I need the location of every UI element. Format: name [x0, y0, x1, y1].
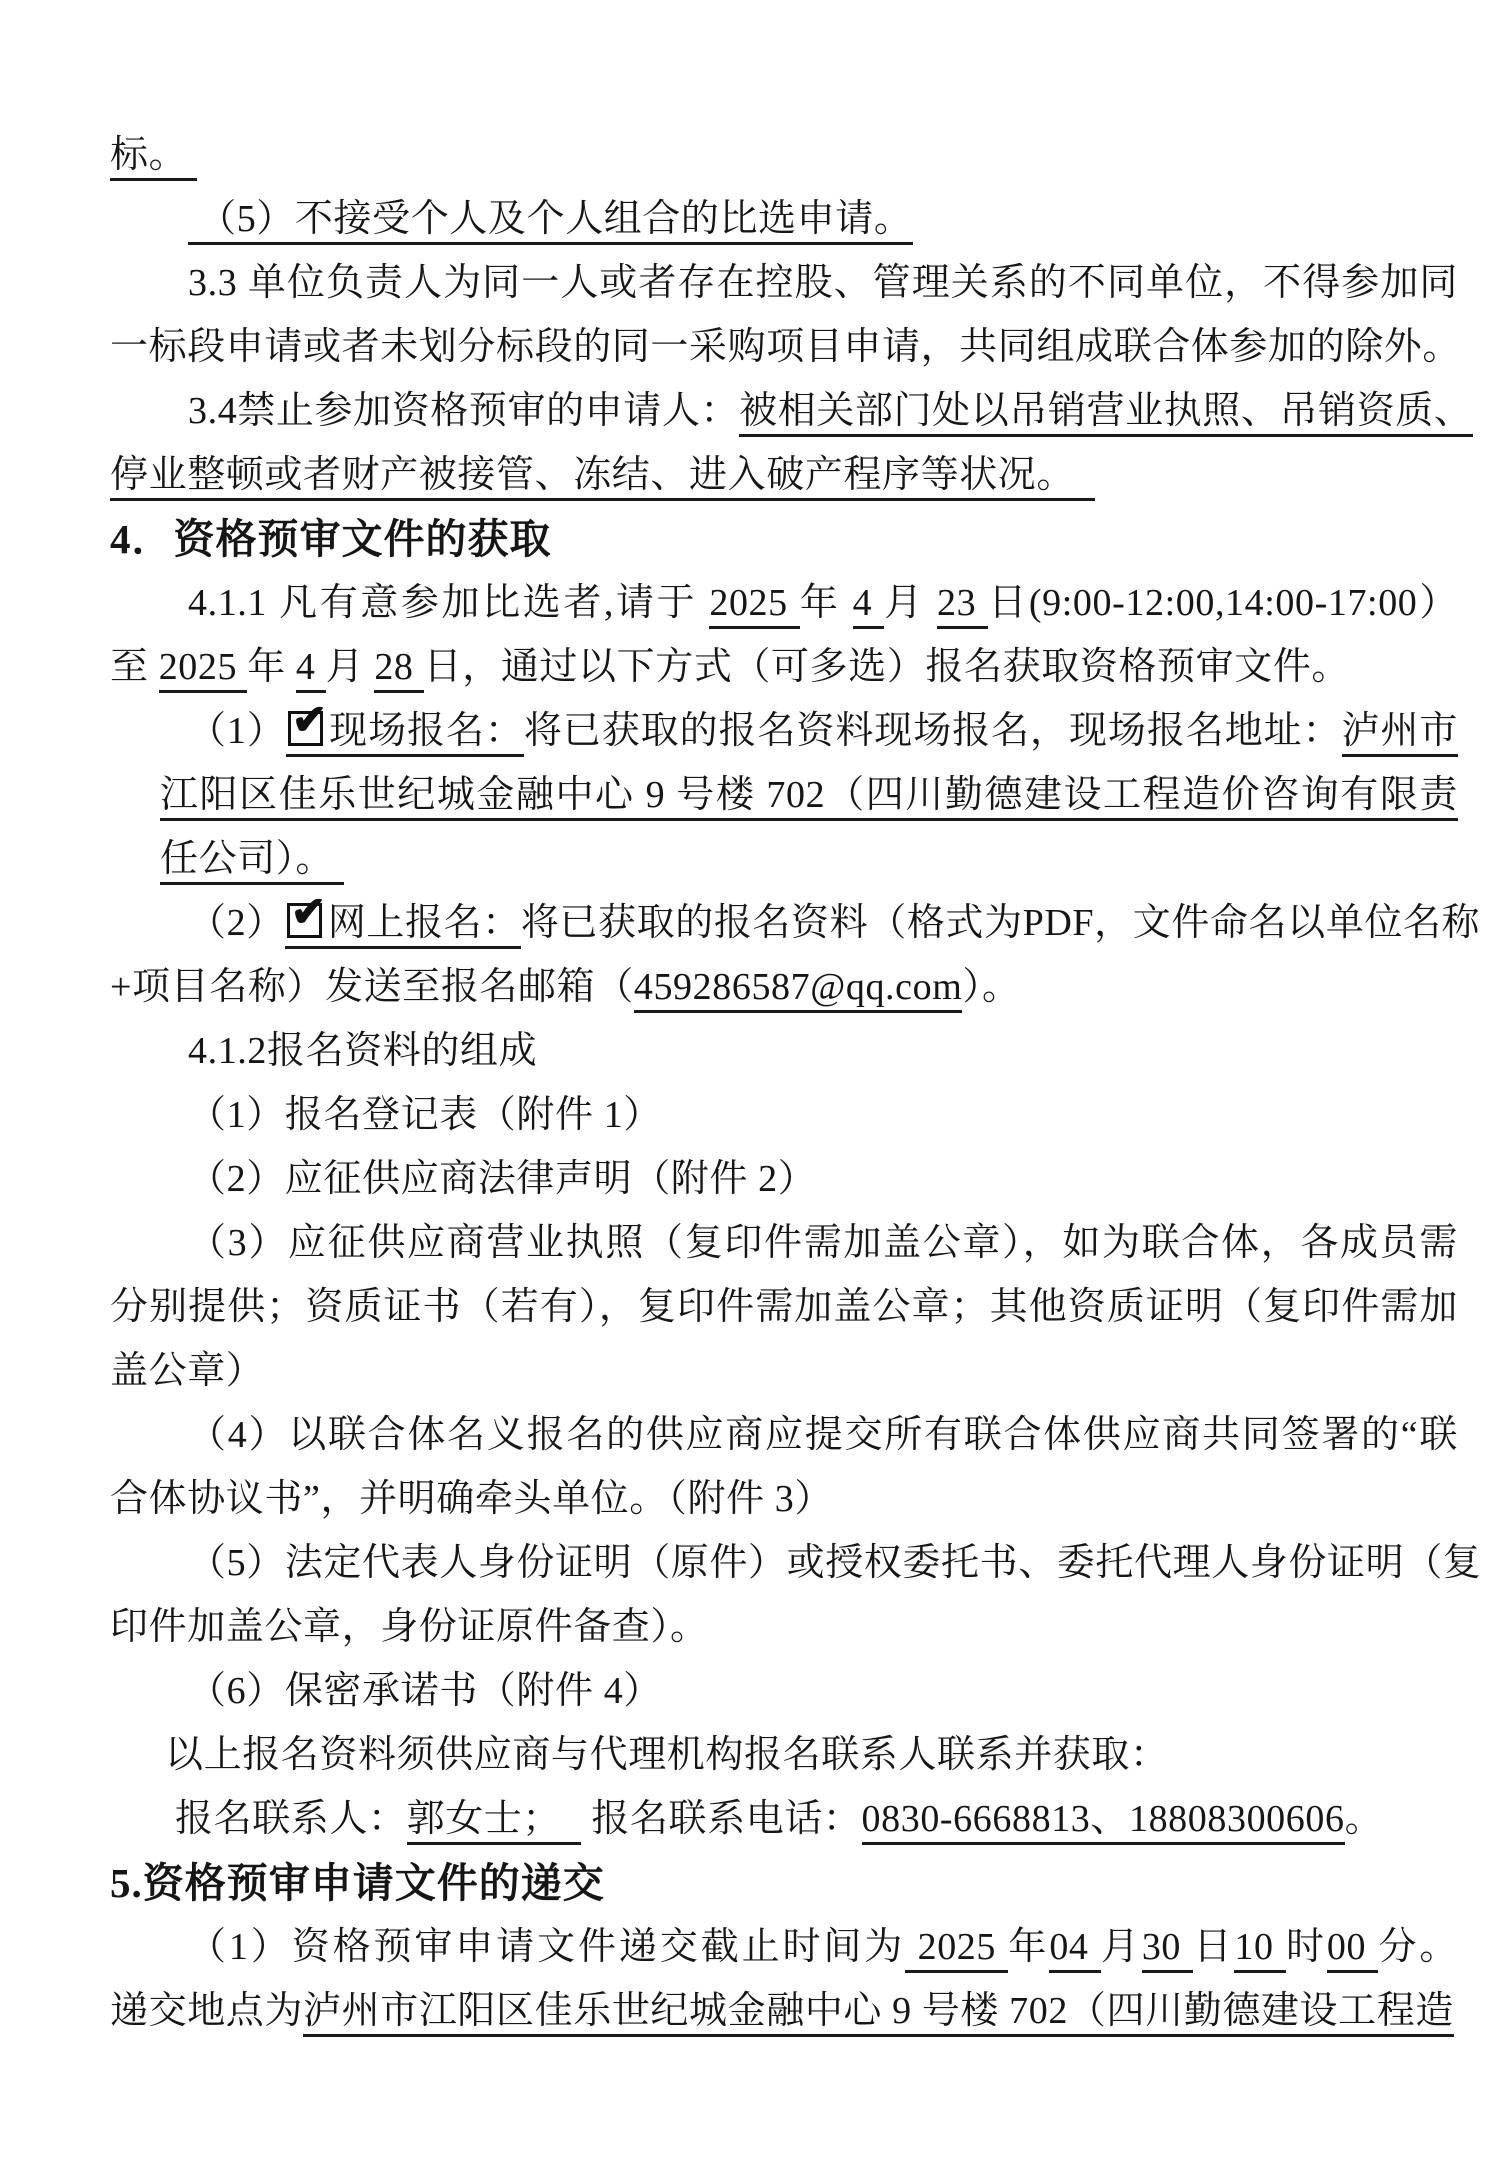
segment-text: 0830-6668813、18808300606 — [862, 1798, 1345, 1840]
underlined-text-segment: 泸州市 — [1342, 710, 1458, 757]
segment-text: 网上报名： — [328, 902, 521, 944]
document-line: （5）法定代表人身份证明（原件）或授权委托书、委托代理人身份证明（复 — [188, 1531, 1458, 1595]
text-segment: （6）保密承诺书（附件 4） — [188, 1670, 662, 1712]
underlined-text-segment: 2025 — [709, 582, 800, 629]
segment-text: 月 — [326, 646, 375, 688]
segment-text: 23 — [937, 582, 988, 624]
text-segment: 日 — [1193, 1926, 1234, 1968]
underlined-text-segment: 23 — [937, 582, 988, 629]
segment-text: 合体协议书”，并明确牵头单位。（附件 3） — [110, 1478, 833, 1520]
segment-text: 一标段申请或者未划分标段的同一采购项目申请，共同组成联合体参加的除外。 — [110, 326, 1461, 368]
section-heading-line: 4．资格预审文件的获取 — [110, 507, 1500, 571]
segment-text: 任公司）。 — [160, 838, 344, 880]
underlined-text-segment: 459286587@qq.com — [634, 966, 963, 1013]
segment-text: 至 — [110, 646, 159, 688]
segment-text: （4）以联合体名义报名的供应商应提交所有联合体供应商共同签署的“联 — [188, 1414, 1458, 1456]
segment-text: 月 — [884, 582, 937, 624]
document-line: 3.3 单位负责人为同一人或者存在控股、管理关系的不同单位，不得参加同 — [188, 251, 1458, 315]
document-line: 合体协议书”，并明确牵头单位。（附件 3） — [110, 1467, 1500, 1531]
text-segment: 报名联系人： — [175, 1798, 407, 1840]
segment-text: 郭女士； — [407, 1798, 582, 1840]
document-line: 标。 — [110, 123, 1500, 187]
underlined-text-segment: 4 — [296, 646, 326, 693]
segment-text: 停业整顿或者财产被接管、冻结、进入破产程序等状况。 — [110, 454, 1095, 496]
segment-text: 3.3 单位负责人为同一人或者存在控股、管理关系的不同单位，不得参加同 — [188, 262, 1458, 304]
text-segment: 印件加盖公章，身份证原件备查）。 — [110, 1606, 709, 1648]
segment-text: 2025 — [905, 1926, 1008, 1968]
underlined-text-segment: （5）不接受个人及个人组合的比选申请。 — [188, 198, 913, 245]
text-segment: 3.4禁止参加资格预审的申请人： — [188, 390, 739, 432]
segment-text: （5）不接受个人及个人组合的比选申请。 — [188, 198, 913, 240]
segment-text: 5.资格预审申请文件的递交 — [110, 1860, 605, 1906]
segment-text: 泸州市江阳区佳乐世纪城金融中心 9 号楼 702（四川勤德建设工程造 — [303, 1990, 1454, 2032]
text-segment: 4.1.1 凡有意参加比选者,请于 — [188, 582, 709, 624]
segment-text: 现场报名： — [329, 710, 524, 752]
document-line: 4.1.2报名资料的组成 — [188, 1019, 1500, 1083]
segment-text: 年 — [247, 646, 296, 688]
document-line: （3）应征供应商营业执照（复印件需加盖公章），如为联合体，各成员需 — [188, 1211, 1458, 1275]
text-segment: +项目名称）发送至报名邮箱（ — [110, 966, 634, 1008]
document-line: （1）报名登记表（附件 1） — [188, 1083, 1500, 1147]
text-segment: 将已获取的报名资料现场报名，现场报名地址： — [524, 710, 1342, 752]
segment-text: 年 — [800, 582, 853, 624]
document-line: 停业整顿或者财产被接管、冻结、进入破产程序等状况。 — [110, 443, 1500, 507]
text-segment: 3.3 单位负责人为同一人或者存在控股、管理关系的不同单位，不得参加同 — [188, 262, 1458, 304]
text-segment: 。 — [1345, 1798, 1384, 1840]
underlined-text-segment: 10 — [1234, 1926, 1286, 1973]
segment-text: （3）应征供应商营业执照（复印件需加盖公章），如为联合体，各成员需 — [188, 1222, 1458, 1264]
segment-text: （1）报名登记表（附件 1） — [188, 1094, 662, 1136]
text-segment: 年 — [1008, 1926, 1049, 1968]
segment-text: 月 — [1101, 1926, 1142, 1968]
document-line: （6）保密承诺书（附件 4） — [188, 1659, 1500, 1723]
document-line: 印件加盖公章，身份证原件备查）。 — [110, 1595, 1500, 1659]
segment-text: 标。 — [110, 134, 197, 176]
text-segment: 日(9:00-12:00,14:00-17:00） — [988, 582, 1458, 624]
segment-text: 日，通过以下方式（可多选）报名获取资格预审文件。 — [424, 646, 1350, 688]
segment-text: （1）资格预审申请文件递交截止时间为 — [188, 1926, 905, 1968]
segment-text: 报名联系人： — [175, 1798, 407, 1840]
text-segment: （2）应征供应商法律声明（附件 2） — [188, 1158, 816, 1200]
underlined-text-segment: 江阳区佳乐世纪城金融中心 9 号楼 702（四川勤德建设工程造价咨询有限责 — [160, 774, 1458, 821]
segment-text: 报名联系电话： — [581, 1798, 861, 1840]
segment-text: 2025 — [709, 582, 800, 624]
checkmark-glyph: ✔ — [292, 700, 327, 742]
segment-text: 江阳区佳乐世纪城金融中心 9 号楼 702（四川勤德建设工程造价咨询有限责 — [160, 774, 1458, 816]
section-heading-line: 5.资格预审申请文件的递交 — [110, 1851, 1500, 1915]
text-segment: （5）法定代表人身份证明（原件）或授权委托书、委托代理人身份证明（复 — [188, 1542, 1481, 1584]
text-segment: （4）以联合体名义报名的供应商应提交所有联合体供应商共同签署的“联 — [188, 1414, 1458, 1456]
text-segment: （1）报名登记表（附件 1） — [188, 1094, 662, 1136]
document-line: 分别提供；资质证书（若有），复印件需加盖公章；其他资质证明（复印件需加 — [110, 1275, 1458, 1339]
checked-checkbox-icon: ✔ — [288, 711, 323, 746]
segment-text: 将已获取的报名资料（格式为PDF，文件命名以单位名称 — [521, 902, 1480, 944]
text-segment: 月 — [884, 582, 937, 624]
document-line: 以上报名资料须供应商与代理机构报名联系人联系并获取： — [165, 1723, 1500, 1787]
text-segment: （1） — [188, 710, 286, 752]
underlined-text-segment: 被相关部门处以吊销营业执照、吊销资质、 — [739, 390, 1472, 437]
segment-text: 泸州市 — [1342, 710, 1458, 752]
text-segment: 将已获取的报名资料（格式为PDF，文件命名以单位名称 — [521, 902, 1480, 944]
document-line: （5）不接受个人及个人组合的比选申请。 — [188, 187, 1500, 251]
text-segment: 年 — [800, 582, 853, 624]
segment-text: 28 — [374, 646, 423, 688]
underlined-text-segment: 标。 — [110, 134, 197, 181]
segment-text: 04 — [1049, 1926, 1101, 1968]
document-line: +项目名称）发送至报名邮箱（459286587@qq.com）。 — [110, 955, 1500, 1019]
segment-text: 4.1.2报名资料的组成 — [188, 1030, 537, 1072]
underlined-text-segment: 2025 — [159, 646, 248, 693]
text-segment: 4.1.2报名资料的组成 — [188, 1030, 537, 1072]
text-segment: 一标段申请或者未划分标段的同一采购项目申请，共同组成联合体参加的除外。 — [110, 326, 1461, 368]
text-segment: （1）资格预审申请文件递交截止时间为 — [188, 1926, 905, 1968]
segment-text: 时 — [1286, 1926, 1327, 1968]
segment-text: 。 — [1345, 1798, 1384, 1840]
document-line: 递交地点为泸州市江阳区佳乐世纪城金融中心 9 号楼 702（四川勤德建设工程造 — [110, 1979, 1500, 2043]
text-segment: 4．资格预审文件的获取 — [110, 516, 552, 562]
checked-checkbox-icon: ✔ — [287, 903, 322, 938]
segment-text: 459286587@qq.com — [634, 966, 963, 1008]
underlined-text-segment: 28 — [374, 646, 423, 693]
document-line: （1）✔现场报名：将已获取的报名资料现场报名，现场报名地址：泸州市 — [188, 699, 1458, 763]
segment-text: 递交地点为 — [110, 1990, 303, 2032]
text-segment: 盖公章） — [110, 1350, 264, 1392]
segment-text: 10 — [1234, 1926, 1286, 1968]
segment-text: 印件加盖公章，身份证原件备查）。 — [110, 1606, 709, 1648]
document-line: 至 2025 年 4 月 28 日，通过以下方式（可多选）报名获取资格预审文件。 — [110, 635, 1500, 699]
text-segment: 报名联系电话： — [581, 1798, 861, 1840]
document-line: （1）资格预审申请文件递交截止时间为 2025 年04 月30 日10 时00 … — [188, 1915, 1458, 1979]
segment-text: 以上报名资料须供应商与代理机构报名联系人联系并获取： — [165, 1734, 1169, 1776]
segment-text: 日(9:00-12:00,14:00-17:00） — [988, 582, 1458, 624]
text-segment: 月 — [1101, 1926, 1142, 1968]
document-page: 标。 （5）不接受个人及个人组合的比选申请。3.3 单位负责人为同一人或者存在控… — [0, 0, 1500, 2169]
document-line: （2）✔网上报名：将已获取的报名资料（格式为PDF，文件命名以单位名称 — [188, 891, 1458, 955]
document-line: 4.1.1 凡有意参加比选者,请于 2025 年 4 月 23 日(9:00-1… — [188, 571, 1458, 635]
segment-text: 4 — [853, 582, 885, 624]
segment-text: ）。 — [962, 966, 1020, 1008]
text-segment: 合体协议书”，并明确牵头单位。（附件 3） — [110, 1478, 833, 1520]
document-line: 任公司）。 — [160, 827, 1500, 891]
underlined-text-segment: 00 — [1327, 1926, 1379, 1973]
segment-text: 4 — [296, 646, 326, 688]
segment-text: （1） — [188, 710, 286, 752]
segment-text: （6）保密承诺书（附件 4） — [188, 1670, 662, 1712]
text-segment: 月 — [326, 646, 375, 688]
segment-text: 30 — [1142, 1926, 1194, 1968]
checkmark-glyph: ✔ — [291, 892, 326, 934]
text-segment: 递交地点为 — [110, 1990, 303, 2032]
underlined-text-segment: 停业整顿或者财产被接管、冻结、进入破产程序等状况。 — [110, 454, 1095, 501]
segment-text: 4.1.1 凡有意参加比选者,请于 — [188, 582, 709, 624]
text-segment: 以上报名资料须供应商与代理机构报名联系人联系并获取： — [165, 1734, 1169, 1776]
document-line: 一标段申请或者未划分标段的同一采购项目申请，共同组成联合体参加的除外。 — [110, 315, 1458, 379]
segment-text: 00 — [1327, 1926, 1379, 1968]
document-line: 报名联系人：郭女士； 报名联系电话：0830-6668813、188083006… — [175, 1787, 1500, 1851]
segment-text: 盖公章） — [110, 1350, 264, 1392]
document-line: 盖公章） — [110, 1339, 1500, 1403]
document-line: （4）以联合体名义报名的供应商应提交所有联合体供应商共同签署的“联 — [188, 1403, 1458, 1467]
document-line: （2）应征供应商法律声明（附件 2） — [188, 1147, 1500, 1211]
segment-text: （2） — [188, 902, 285, 944]
text-segment: 分。 — [1378, 1926, 1458, 1968]
underlined-text-segment: 2025 — [905, 1926, 1008, 1973]
text-segment: 5.资格预审申请文件的递交 — [110, 1860, 605, 1906]
underlined-text-segment: ✔现场报名： — [286, 710, 524, 757]
underlined-text-segment: ✔网上报名： — [285, 902, 521, 949]
segment-text: 分。 — [1378, 1926, 1458, 1968]
text-segment: 年 — [247, 646, 296, 688]
underlined-text-segment: 泸州市江阳区佳乐世纪城金融中心 9 号楼 702（四川勤德建设工程造 — [303, 1990, 1454, 2037]
underlined-text-segment: 30 — [1142, 1926, 1194, 1973]
document-content: 标。 （5）不接受个人及个人组合的比选申请。3.3 单位负责人为同一人或者存在控… — [0, 123, 1500, 2043]
text-segment: 分别提供；资质证书（若有），复印件需加盖公章；其他资质证明（复印件需加 — [110, 1286, 1458, 1328]
document-line: 3.4禁止参加资格预审的申请人：被相关部门处以吊销营业执照、吊销资质、 — [188, 379, 1458, 443]
text-segment: 日，通过以下方式（可多选）报名获取资格预审文件。 — [424, 646, 1350, 688]
segment-text: （2）应征供应商法律声明（附件 2） — [188, 1158, 816, 1200]
segment-text: 2025 — [159, 646, 248, 688]
segment-text: （5）法定代表人身份证明（原件）或授权委托书、委托代理人身份证明（复 — [188, 1542, 1481, 1584]
segment-text: 将已获取的报名资料现场报名，现场报名地址： — [524, 710, 1342, 752]
underlined-text-segment: 4 — [853, 582, 885, 629]
segment-text: 分别提供；资质证书（若有），复印件需加盖公章；其他资质证明（复印件需加 — [110, 1286, 1458, 1328]
underlined-text-segment: 04 — [1049, 1926, 1101, 1973]
underlined-text-segment: 0830-6668813、18808300606 — [862, 1798, 1345, 1845]
text-segment: 时 — [1286, 1926, 1327, 1968]
text-segment: 至 — [110, 646, 159, 688]
segment-text: +项目名称）发送至报名邮箱（ — [110, 966, 634, 1008]
document-line: 江阳区佳乐世纪城金融中心 9 号楼 702（四川勤德建设工程造价咨询有限责 — [160, 763, 1458, 827]
segment-text: 日 — [1193, 1926, 1234, 1968]
segment-text: 年 — [1008, 1926, 1049, 1968]
text-segment: （3）应征供应商营业执照（复印件需加盖公章），如为联合体，各成员需 — [188, 1222, 1458, 1264]
segment-text: 4．资格预审文件的获取 — [110, 516, 552, 562]
segment-text: 被相关部门处以吊销营业执照、吊销资质、 — [739, 390, 1472, 432]
underlined-text-segment: 任公司）。 — [160, 838, 344, 885]
underlined-text-segment: 郭女士； — [407, 1798, 582, 1845]
segment-text: 3.4禁止参加资格预审的申请人： — [188, 390, 739, 432]
text-segment: （2） — [188, 902, 285, 944]
text-segment: ）。 — [962, 966, 1020, 1008]
